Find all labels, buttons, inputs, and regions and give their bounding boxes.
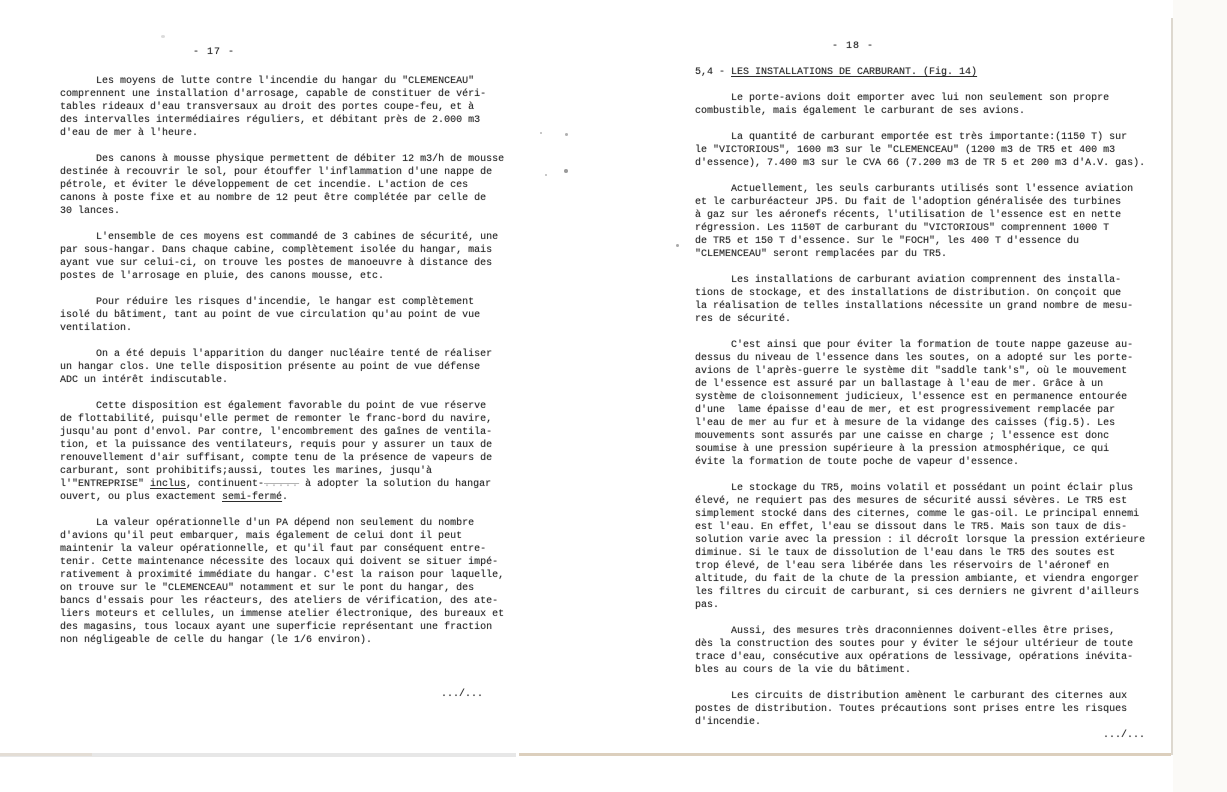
continuation-mark: .../... [60, 688, 516, 701]
paragraph: Cette disposition est également favorabl… [60, 400, 516, 504]
paragraph-text: . [282, 492, 288, 503]
paragraph-text: Cette disposition est également favorabl… [60, 401, 492, 490]
section-number: 5,4 - [695, 67, 731, 78]
scanner-background-strip [1173, 0, 1227, 792]
page-edge-bottom-left-tint [0, 753, 92, 756]
dust-speck [161, 35, 165, 38]
page-18: - 18 - 5,4 - LES INSTALLATIONS DE CARBUR… [695, 40, 1157, 742]
page-number: - 18 - [832, 40, 1157, 53]
section-title: LES INSTALLATIONS DE CARBURANT. (Fig. 14… [731, 67, 977, 78]
paragraph-text: , continuent- [186, 479, 264, 490]
paragraph: Les moyens de lutte contre l'incendie du… [60, 75, 516, 140]
paragraph: Les installations de carburant aviation … [695, 274, 1157, 326]
paragraph: Actuellement, les seuls carburants utili… [695, 183, 1157, 261]
underlined-word: semi-fermé [222, 492, 282, 503]
continuation-mark: .../... [695, 729, 1157, 742]
page-number: - 17 - [193, 46, 516, 59]
paragraph: Aussi, des mesures très draconniennes do… [695, 625, 1157, 677]
paragraph: L'ensemble de ces moyens est commandé de… [60, 231, 516, 283]
dust-speck [676, 244, 679, 247]
underlined-word: inclus [150, 479, 186, 490]
paragraph: La quantité de carburant emportée est tr… [695, 131, 1157, 170]
dust-speck [540, 132, 542, 134]
paragraph: Les circuits de distribution amènent le … [695, 690, 1157, 729]
dust-speck [564, 169, 568, 173]
scanned-document: { "colors": { "paper": "#ffffff", "ink":… [0, 0, 1227, 792]
struck-out-text: ..... [264, 479, 299, 490]
page-17: - 17 - Les moyens de lutte contre l'ince… [60, 46, 516, 701]
section-heading: 5,4 - LES INSTALLATIONS DE CARBURANT. (F… [695, 66, 1157, 79]
paragraph: On a été depuis l'apparition du danger n… [60, 348, 516, 387]
paragraph: La valeur opérationnelle d'un PA dépend … [60, 517, 516, 647]
paragraph: C'est ainsi que pour éviter la formation… [695, 339, 1157, 469]
paragraph: Des canons à mousse physique permettent … [60, 153, 516, 218]
paragraph: Le porte-avions doit emporter avec lui n… [695, 92, 1157, 118]
paragraph: Pour réduire les risques d'incendie, le … [60, 296, 516, 335]
page-edge-bottom-right [519, 753, 1171, 756]
paragraph: Le stockage du TR5, moins volatil et pos… [695, 482, 1157, 612]
dust-speck [565, 133, 568, 136]
dust-speck [545, 174, 547, 176]
page-edge-right [1171, 18, 1173, 755]
